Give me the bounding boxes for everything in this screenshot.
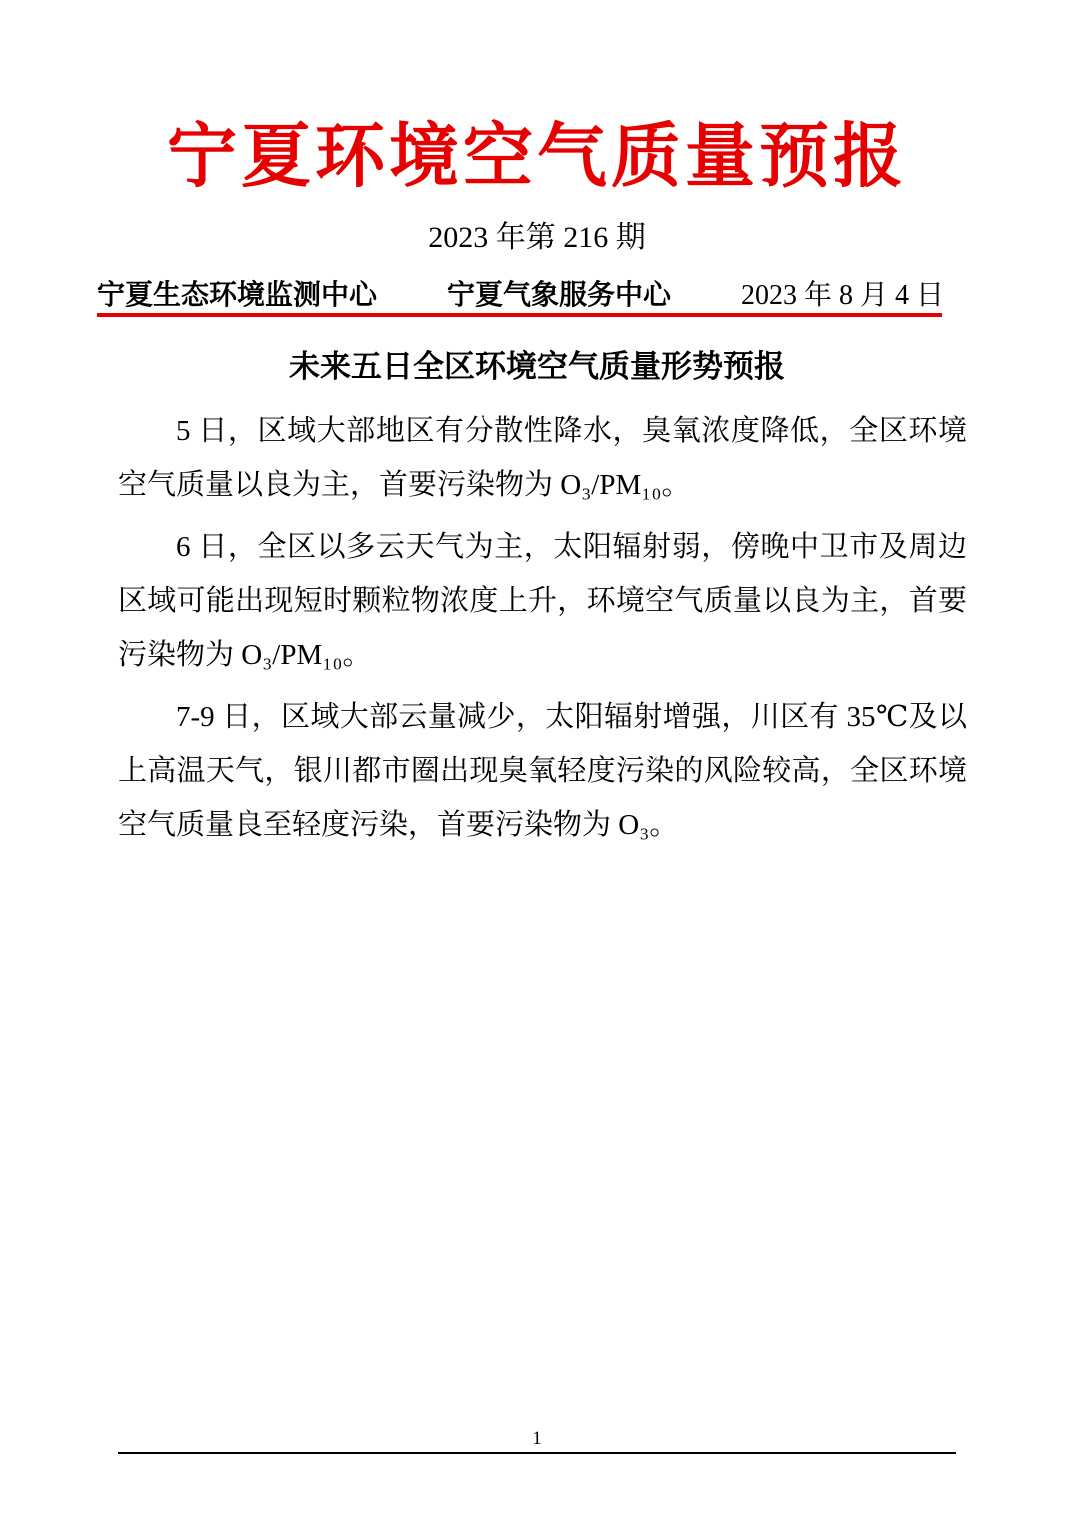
page-number: 1 xyxy=(118,1426,956,1452)
section-title: 未来五日全区环境空气质量形势预报 xyxy=(0,347,1074,387)
issue-date: 2023 年 8 月 4 日 xyxy=(741,278,944,314)
document-title: 宁夏环境空气质量预报 xyxy=(0,112,1074,204)
footer-divider-line xyxy=(118,1452,956,1454)
document-body: 5 日，区域大部地区有分散性降水，臭氧浓度降低，全区环境空气质量以良为主，首要污… xyxy=(118,404,967,860)
forecast-paragraph-day5: 5 日，区域大部地区有分散性降水，臭氧浓度降低，全区环境空气质量以良为主，首要污… xyxy=(118,404,967,512)
issuing-header-row: 宁夏生态环境监测中心 宁夏气象服务中心 2023 年 8 月 4 日 xyxy=(97,278,944,314)
issuing-org-center: 宁夏气象服务中心 xyxy=(447,278,671,314)
forecast-paragraph-day6: 6 日，全区以多云天气为主，太阳辐射弱，傍晚中卫市及周边区域可能出现短时颗粒物浓… xyxy=(118,520,967,682)
red-divider-line xyxy=(97,313,942,317)
issue-number: 2023 年第 216 期 xyxy=(0,218,1074,258)
document-page: 宁夏环境空气质量预报 2023 年第 216 期 宁夏生态环境监测中心 宁夏气象… xyxy=(0,0,1074,1520)
forecast-paragraph-day7-9: 7-9 日，区域大部云量减少，太阳辐射增强，川区有 35℃及以上高温天气，银川都… xyxy=(118,690,967,852)
issuing-org-left: 宁夏生态环境监测中心 xyxy=(97,278,377,314)
